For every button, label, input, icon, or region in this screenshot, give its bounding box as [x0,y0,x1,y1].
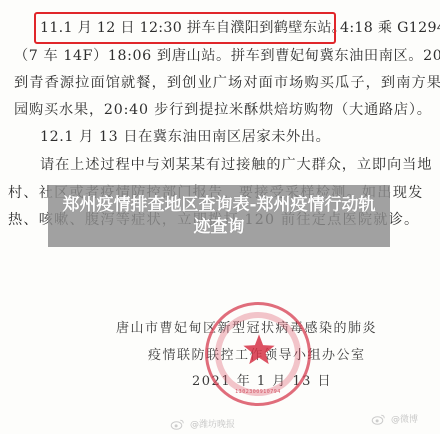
doc-line-5: 12.1 月 13 日在冀东油田南区居家未外出。 [40,127,330,147]
document-image: 11.1 月 12 日 12:30 拼车自濮阳到鹤壁东站。 4:18 乘 G12… [0,0,440,434]
official-seal: 1302300910794 [205,302,311,406]
watermark-right: @微博 [371,412,418,425]
watermark-left-text: @潍坊晚报 [190,417,235,430]
doc-line-1-continued: 4:18 乘 G1294 [340,18,440,38]
doc-line-3: 到青香源拉面馆就餐，到创业广场对面市场购买瓜子，到南方果 [14,73,440,93]
overlay-title: 郑州疫情排查地区查询表-郑州疫情行动轨迹查询 [59,194,379,238]
red-highlight-box [34,12,336,44]
weibo-icon [371,413,387,425]
watermark-left: @潍坊晚报 [170,417,235,430]
seal-number: 1302300910794 [208,389,308,395]
doc-line-2: （7 车 14F）18:06 到唐山站。拼车到曹妃甸冀东油田南区。20:00 [14,46,440,66]
title-overlay-banner: 郑州疫情排查地区查询表-郑州疫情行动轨迹查询 [48,185,390,247]
weibo-icon [170,418,186,430]
doc-line-4: 园购买水果，20:40 步行到提拉米酥烘焙坊购物（大通路店）。 [14,100,432,120]
watermark-right-text: @微博 [391,412,418,425]
doc-line-6: 请在上述过程中与刘某某有过接触的广大群众，立即向当地 [40,155,432,175]
star-icon [242,333,276,367]
